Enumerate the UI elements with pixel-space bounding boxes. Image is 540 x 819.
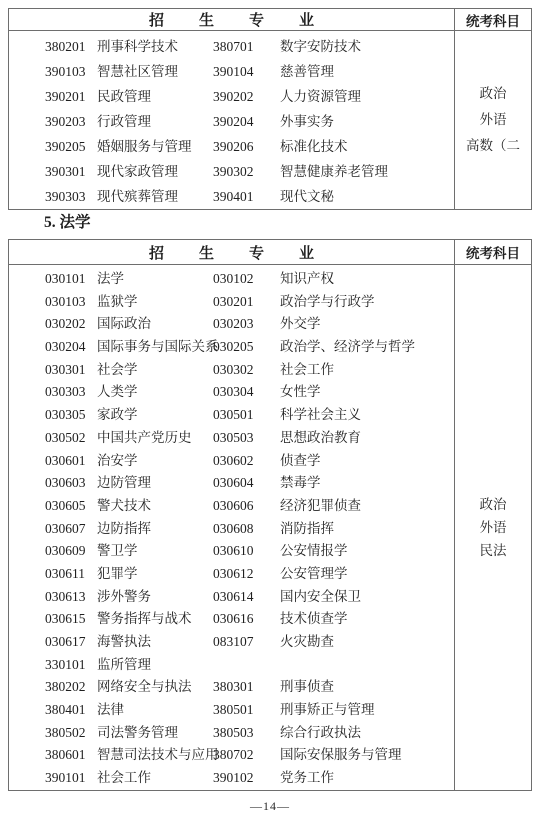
table-row: 030103监狱学030201政治学与行政学 — [9, 291, 454, 314]
major-name: 治安学 — [97, 450, 213, 473]
major-name: 社会工作 — [97, 767, 213, 790]
major-name: 现代殡葬管理 — [97, 184, 213, 209]
exam-subject: 政治 — [480, 81, 507, 107]
table-row: 380601智慧司法技术与应用380702国际安保服务与管理 — [9, 744, 454, 767]
table-row: 380202网络安全与执法380301刑事侦查 — [9, 676, 454, 699]
major-code: 030613 — [45, 586, 97, 609]
major-name: 外交学 — [280, 313, 454, 336]
major-code: 030604 — [213, 472, 280, 495]
major-name: 人类学 — [97, 381, 213, 404]
exam-subject: 政治 — [480, 493, 507, 516]
page-number: —14— — [0, 799, 540, 814]
major-code: 030103 — [45, 291, 97, 314]
table-row: 390201民政管理390202人力资源管理 — [9, 84, 454, 109]
table-row: 390301现代家政管理390302智慧健康养老管理 — [9, 159, 454, 184]
major-code: 380701 — [213, 34, 280, 59]
major-name: 法律 — [97, 699, 213, 722]
exam-subject: 高数（二 — [466, 133, 520, 159]
major-code: 380702 — [213, 744, 280, 767]
major-code: 030502 — [45, 427, 97, 450]
major-name: 智慧司法技术与应用 — [97, 744, 213, 767]
table-row: 390203行政管理390204外事实务 — [9, 109, 454, 134]
major-name: 智慧健康养老管理 — [280, 159, 454, 184]
major-code: 030607 — [45, 518, 97, 541]
major-code: 390202 — [213, 84, 280, 109]
major-name: 刑事科学技术 — [97, 34, 213, 59]
major-code: 390201 — [45, 84, 97, 109]
document-page: { "page": { "section_heading": "5. 法学", … — [0, 0, 540, 819]
table-row: 030607边防指挥030608消防指挥 — [9, 518, 454, 541]
major-name: 经济犯罪侦查 — [280, 495, 454, 518]
major-code: 380202 — [45, 676, 97, 699]
major-name: 监所管理 — [97, 654, 213, 677]
major-name: 法学 — [97, 268, 213, 291]
major-code: 030603 — [45, 472, 97, 495]
exam-subject: 外语 — [480, 107, 507, 133]
major-code: 380401 — [45, 699, 97, 722]
table-row: 030613涉外警务030614国内安全保卫 — [9, 586, 454, 609]
major-code: 390206 — [213, 134, 280, 159]
exam-subjects-cell: 政治外语高数（二 — [454, 31, 531, 209]
major-code: 030303 — [45, 381, 97, 404]
major-code: 380201 — [45, 34, 97, 59]
major-code: 030608 — [213, 518, 280, 541]
majors-rows: 380201刑事科学技术380701数字安防技术390103智慧社区管理3901… — [9, 31, 454, 209]
major-code: 390301 — [45, 159, 97, 184]
major-name: 国内安全保卫 — [280, 586, 454, 609]
major-name: 政治学与行政学 — [280, 291, 454, 314]
major-code: 030102 — [213, 268, 280, 291]
major-code: 030606 — [213, 495, 280, 518]
major-code: 083107 — [213, 631, 280, 654]
table-row: 030502中国共产党历史030503思想政治教育 — [9, 427, 454, 450]
table-row: 030305家政学030501科学社会主义 — [9, 404, 454, 427]
major-code: 030612 — [213, 563, 280, 586]
major-name: 知识产权 — [280, 268, 454, 291]
major-code: 030203 — [213, 313, 280, 336]
major-code: 030202 — [45, 313, 97, 336]
major-code: 390205 — [45, 134, 97, 159]
major-name: 涉外警务 — [97, 586, 213, 609]
major-name: 现代文秘 — [280, 184, 454, 209]
table-row: 390205婚姻服务与管理390206标准化技术 — [9, 134, 454, 159]
exam-subject: 外语 — [480, 516, 507, 539]
table-row: 390303现代殡葬管理390401现代文秘 — [9, 184, 454, 209]
table-row: 030617海警执法083107火灾勘查 — [9, 631, 454, 654]
major-name: 公安管理学 — [280, 563, 454, 586]
enroll-majors-header: 招生专业 — [9, 240, 454, 264]
table-row: 030301社会学030302社会工作 — [9, 359, 454, 382]
major-name: 中国共产党历史 — [97, 427, 213, 450]
major-name: 警卫学 — [97, 540, 213, 563]
major-code: 380503 — [213, 722, 280, 745]
major-code: 390104 — [213, 59, 280, 84]
major-name: 国际事务与国际关系 — [97, 336, 213, 359]
major-name: 现代家政管理 — [97, 159, 213, 184]
major-name: 社会工作 — [280, 359, 454, 382]
major-name: 外事实务 — [280, 109, 454, 134]
major-name: 家政学 — [97, 404, 213, 427]
major-name: 综合行政执法 — [280, 722, 454, 745]
major-name: 警犬技术 — [97, 495, 213, 518]
major-name: 禁毒学 — [280, 472, 454, 495]
major-name: 刑事侦查 — [280, 676, 454, 699]
table-row: 380502司法警务管理380503综合行政执法 — [9, 722, 454, 745]
major-code: 030616 — [213, 608, 280, 631]
major-code: 030101 — [45, 268, 97, 291]
major-name: 社会学 — [97, 359, 213, 382]
major-code: 030602 — [213, 450, 280, 473]
major-name: 人力资源管理 — [280, 84, 454, 109]
major-name: 婚姻服务与管理 — [97, 134, 213, 159]
majors-table-management: 招生专业 统考科目 380201刑事科学技术380701数字安防技术390103… — [8, 8, 532, 210]
major-code: 390101 — [45, 767, 97, 790]
major-name: 技术侦查学 — [280, 608, 454, 631]
table-row: 380401法律380501刑事矫正与管理 — [9, 699, 454, 722]
major-code: 030610 — [213, 540, 280, 563]
major-name: 海警执法 — [97, 631, 213, 654]
major-code: 390401 — [213, 184, 280, 209]
major-name: 警务指挥与战术 — [97, 608, 213, 631]
major-name: 国际政治 — [97, 313, 213, 336]
major-name: 司法警务管理 — [97, 722, 213, 745]
major-name: 党务工作 — [280, 767, 454, 790]
table-row: 030202国际政治030203外交学 — [9, 313, 454, 336]
major-code: 390103 — [45, 59, 97, 84]
major-code: 390204 — [213, 109, 280, 134]
major-name: 科学社会主义 — [280, 404, 454, 427]
major-name: 犯罪学 — [97, 563, 213, 586]
major-code: 390102 — [213, 767, 280, 790]
major-code: 030305 — [45, 404, 97, 427]
major-name: 女性学 — [280, 381, 454, 404]
major-code: 380301 — [213, 676, 280, 699]
table-row: 330101监所管理 — [9, 654, 454, 677]
major-code: 030605 — [45, 495, 97, 518]
major-code: 380601 — [45, 744, 97, 767]
majors-rows: 030101法学030102知识产权030103监狱学030201政治学与行政学… — [9, 265, 454, 790]
table-row: 030605警犬技术030606经济犯罪侦查 — [9, 495, 454, 518]
exam-subjects-cell: 政治外语民法 — [454, 265, 531, 790]
major-name: 思想政治教育 — [280, 427, 454, 450]
major-name: 智慧社区管理 — [97, 59, 213, 84]
major-code: 030617 — [45, 631, 97, 654]
major-name: 慈善管理 — [280, 59, 454, 84]
table-row: 390103智慧社区管理390104慈善管理 — [9, 59, 454, 84]
major-code: 030614 — [213, 586, 280, 609]
major-name: 火灾勘查 — [280, 631, 454, 654]
table-row: 390101社会工作390102党务工作 — [9, 767, 454, 790]
table-row: 030611犯罪学030612公安管理学 — [9, 563, 454, 586]
table-row: 030603边防管理030604禁毒学 — [9, 472, 454, 495]
table-row: 030101法学030102知识产权 — [9, 268, 454, 291]
major-name: 网络安全与执法 — [97, 676, 213, 699]
table-row: 030615警务指挥与战术030616技术侦查学 — [9, 608, 454, 631]
major-code — [213, 654, 280, 677]
table-row: 380201刑事科学技术380701数字安防技术 — [9, 34, 454, 59]
major-code: 330101 — [45, 654, 97, 677]
exam-subject: 民法 — [480, 539, 507, 562]
major-code: 030609 — [45, 540, 97, 563]
major-name: 边防指挥 — [97, 518, 213, 541]
majors-table-law: 招生专业 统考科目 030101法学030102知识产权030103监狱学030… — [8, 239, 532, 791]
major-code: 390303 — [45, 184, 97, 209]
major-name: 国际安保服务与管理 — [280, 744, 454, 767]
section-heading-law: 5. 法学 — [44, 210, 91, 232]
major-code: 030302 — [213, 359, 280, 382]
table-header-row: 招生专业 统考科目 — [9, 240, 531, 265]
major-name: 标准化技术 — [280, 134, 454, 159]
table-row: 030204国际事务与国际关系030205政治学、经济学与哲学 — [9, 336, 454, 359]
table-row: 030601治安学030602侦查学 — [9, 450, 454, 473]
unified-exam-subjects-header: 统考科目 — [454, 240, 531, 264]
table-row: 030303人类学030304女性学 — [9, 381, 454, 404]
major-name: 行政管理 — [97, 109, 213, 134]
major-code: 030304 — [213, 381, 280, 404]
major-code: 030601 — [45, 450, 97, 473]
major-name: 政治学、经济学与哲学 — [280, 336, 454, 359]
major-code: 380502 — [45, 722, 97, 745]
major-name: 监狱学 — [97, 291, 213, 314]
major-code: 030611 — [45, 563, 97, 586]
major-code: 390302 — [213, 159, 280, 184]
major-name: 刑事矫正与管理 — [280, 699, 454, 722]
major-name: 公安情报学 — [280, 540, 454, 563]
unified-exam-subjects-header: 统考科目 — [454, 9, 531, 30]
major-name: 消防指挥 — [280, 518, 454, 541]
major-code: 030615 — [45, 608, 97, 631]
major-code: 380501 — [213, 699, 280, 722]
major-code: 030204 — [45, 336, 97, 359]
major-name — [280, 654, 454, 677]
major-code: 390203 — [45, 109, 97, 134]
major-code: 030201 — [213, 291, 280, 314]
major-name: 民政管理 — [97, 84, 213, 109]
table-header-row: 招生专业 统考科目 — [9, 9, 531, 31]
table-body: 030101法学030102知识产权030103监狱学030201政治学与行政学… — [9, 265, 531, 790]
major-name: 侦查学 — [280, 450, 454, 473]
enroll-majors-header: 招生专业 — [9, 9, 454, 30]
table-body: 380201刑事科学技术380701数字安防技术390103智慧社区管理3901… — [9, 31, 531, 209]
major-code: 030501 — [213, 404, 280, 427]
major-name: 边防管理 — [97, 472, 213, 495]
major-code: 030205 — [213, 336, 280, 359]
table-row: 030609警卫学030610公安情报学 — [9, 540, 454, 563]
major-code: 030503 — [213, 427, 280, 450]
major-code: 030301 — [45, 359, 97, 382]
major-name: 数字安防技术 — [280, 34, 454, 59]
